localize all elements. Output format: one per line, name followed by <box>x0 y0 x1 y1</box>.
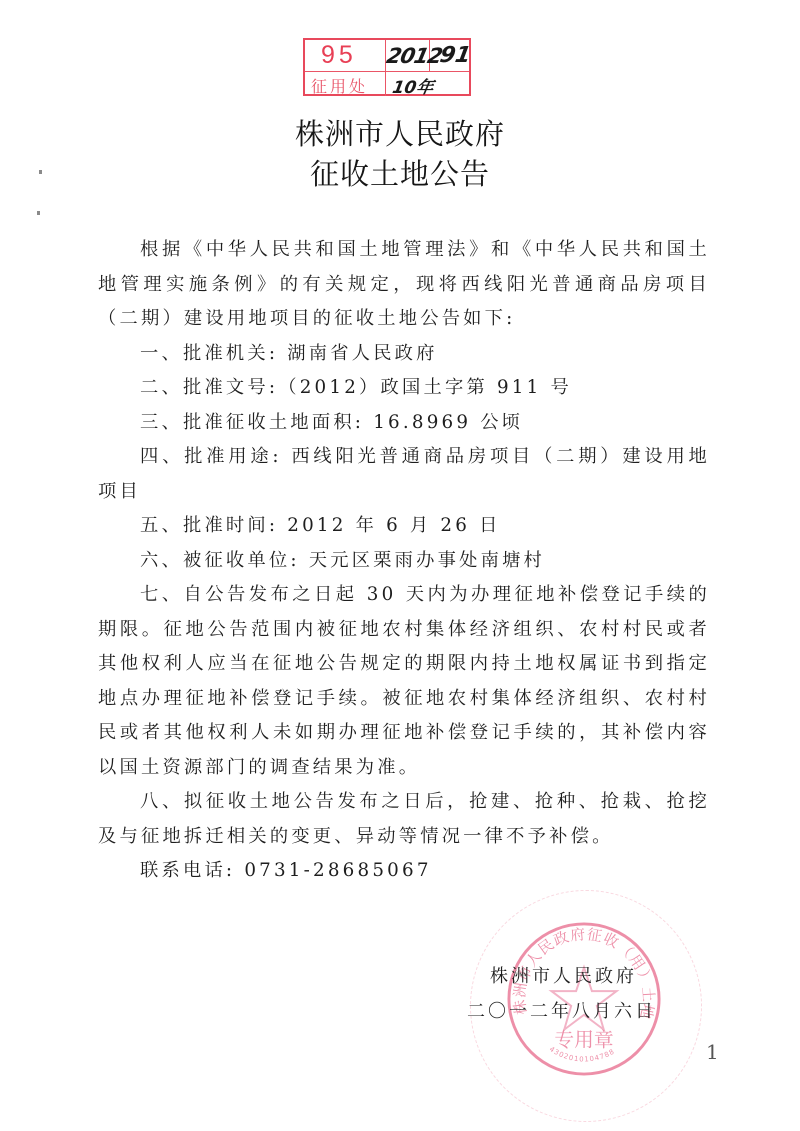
handwritten-sequence: 91 <box>438 43 473 68</box>
item-approval-date: 五、批准时间: 2012 年 6 月 26 日 <box>98 509 710 544</box>
svg-text:4302010104788: 4302010104788 <box>548 1045 616 1063</box>
intro-paragraph: 根据《中华人民共和国土地管理法》和《中华人民共和国土地管理实施条例》的有关规定，… <box>98 233 710 337</box>
item-label: 二、批准文号: <box>140 377 278 398</box>
item-value: 湖南省人民政府 <box>287 343 437 364</box>
clause-registration-deadline: 七、自公告发布之日起 30 天内为办理征地补偿登记手续的期限。征地公告范围内被征… <box>98 578 710 785</box>
registration-stamp: 95 征用处 2012 91 10年 <box>303 38 471 96</box>
issuer-title: 株洲市人民政府 <box>0 112 800 153</box>
item-value: 天元区栗雨办事处南塘村 <box>309 550 545 571</box>
item-label: 六、被征收单位: <box>140 550 300 571</box>
announcement-body: 根据《中华人民共和国土地管理法》和《中华人民共和国土地管理实施条例》的有关规定，… <box>98 233 710 889</box>
stamp-divider <box>305 71 469 72</box>
item-label: 四、批准用途: <box>140 446 282 467</box>
scan-artifact <box>37 211 40 215</box>
document-page: 95 征用处 2012 91 10年 株洲市人民政府 征收土地公告 根据《中华人… <box>0 0 800 1131</box>
item-value: 2012 年 6 月 26 日 <box>287 515 500 536</box>
clause-no-compensation: 八、拟征收土地公告发布之日后，抢建、抢种、抢栽、抢挖及与征地拆迁相关的变更、异动… <box>98 785 710 854</box>
page-number: 1 <box>706 1040 719 1064</box>
document-title: 征收土地公告 <box>0 152 800 193</box>
handwritten-year: 2012 <box>384 44 444 68</box>
contact-label: 联系电话: <box>140 860 235 881</box>
item-label: 三、批准征收土地面积: <box>140 412 364 433</box>
signature-organization: 株洲市人民政府 <box>490 962 637 988</box>
item-label: 五、批准时间: <box>140 515 278 536</box>
stamp-divider <box>385 40 386 96</box>
stamp-number: 95 <box>321 41 357 70</box>
item-label: 一、批准机关: <box>140 343 278 364</box>
item-value: 16.8969 公顷 <box>373 412 523 433</box>
stamp-department: 征用处 <box>311 74 368 97</box>
item-approval-number: 二、批准文号:（2012）政国土字第 911 号 <box>98 371 710 406</box>
svg-text:专用章: 专用章 <box>554 1028 613 1051</box>
item-expropriated-unit: 六、被征收单位: 天元区栗雨办事处南塘村 <box>98 544 710 579</box>
item-approval-authority: 一、批准机关: 湖南省人民政府 <box>98 337 710 372</box>
item-approved-use: 四、批准用途: 西线阳光普通商品房项目（二期）建设用地项目 <box>98 440 710 509</box>
handwritten-term: 10年 <box>391 73 436 98</box>
signature-date: 二〇一二年八月六日 <box>467 997 656 1023</box>
contact-line: 联系电话: 0731-28685067 <box>98 854 710 889</box>
contact-phone: 0731-28685067 <box>244 860 431 881</box>
item-land-area: 三、批准征收土地面积: 16.8969 公顷 <box>98 406 710 441</box>
item-value: （2012）政国土字第 911 号 <box>278 377 572 398</box>
